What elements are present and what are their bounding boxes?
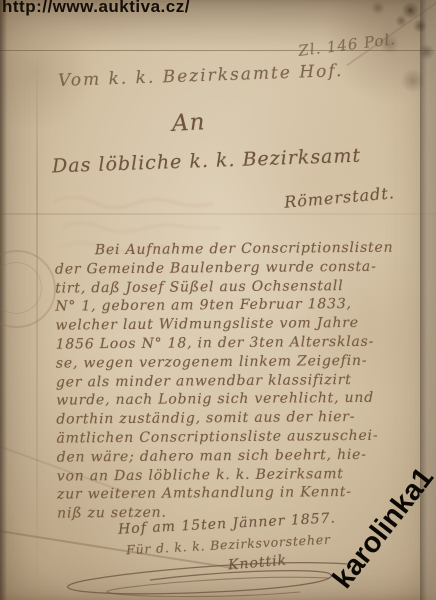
letter-photo: http://www.auktiva.cz/ karolinka1 Zl. 14… <box>0 0 436 600</box>
salutation-an: An <box>171 109 206 137</box>
body-line: der Gemeinde Baulenberg wurde consta- <box>55 257 415 279</box>
right-paper-edge <box>420 0 436 600</box>
letter-body: Bei Aufnahme der Conscriptionslisten der… <box>55 238 417 523</box>
auction-site-watermark: http://www.auktiva.cz/ <box>2 0 190 17</box>
left-edge-shadow <box>0 0 7 600</box>
body-line: se, wegen verzogenem linkem Zeigefin- <box>56 351 416 373</box>
body-line: wurde, nach Lobnig sich verehlicht, und <box>56 389 416 411</box>
body-line: den wäre; dahero man sich beehrt, hie- <box>57 445 417 467</box>
